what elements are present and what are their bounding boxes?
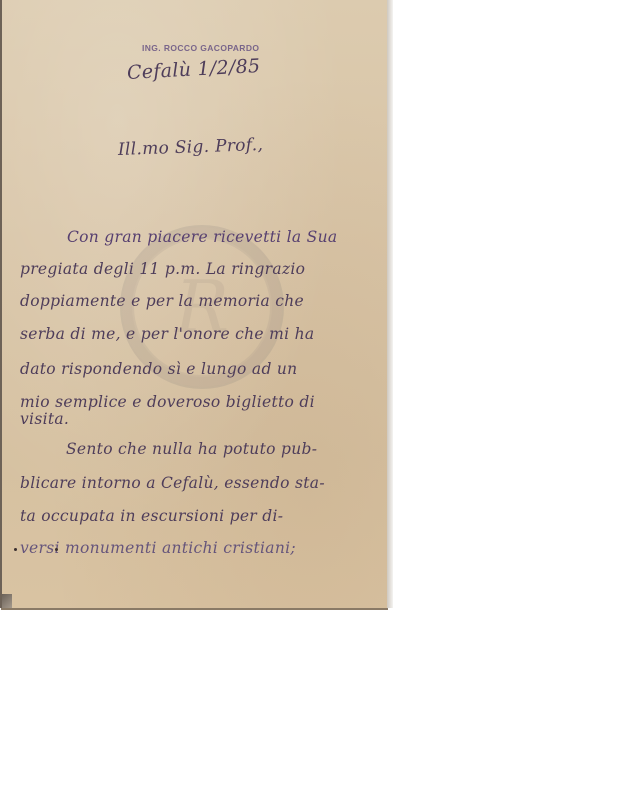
body-line: Con gran piacere ricevetti la Sua bbox=[67, 228, 337, 246]
body-line: dato rispondendo sì e lungo ad un bbox=[20, 360, 297, 378]
body-line: doppiamente e per la memoria che bbox=[20, 292, 304, 310]
body-line: versi monumenti antichi cristiani; bbox=[20, 539, 296, 557]
body-line: mio semplice e doveroso biglietto di bbox=[20, 393, 315, 411]
paper-corner-fold bbox=[2, 594, 12, 608]
letter-page: R ING. ROCCO GACOPARDO Cefalù 1/2/85 Ill… bbox=[0, 0, 387, 608]
ink-speck bbox=[14, 548, 17, 551]
body-line: blicare intorno a Cefalù, essendo sta- bbox=[20, 474, 325, 492]
body-line: pregiata degli 11 p.m. La ringrazio bbox=[20, 260, 305, 278]
body-line: visita. bbox=[20, 410, 69, 428]
body-line: ta occupata in escursioni per di- bbox=[20, 507, 283, 525]
ink-speck bbox=[55, 548, 58, 551]
body-line: Sento che nulla ha potuto pub- bbox=[66, 440, 317, 458]
letterhead-stamp: ING. ROCCO GACOPARDO bbox=[142, 43, 259, 53]
body-line: serba di me, e per l'onore che mi ha bbox=[20, 325, 314, 343]
letter-salutation: Ill.mo Sig. Prof., bbox=[118, 135, 264, 160]
letter-date: Cefalù 1/2/85 bbox=[126, 55, 261, 84]
